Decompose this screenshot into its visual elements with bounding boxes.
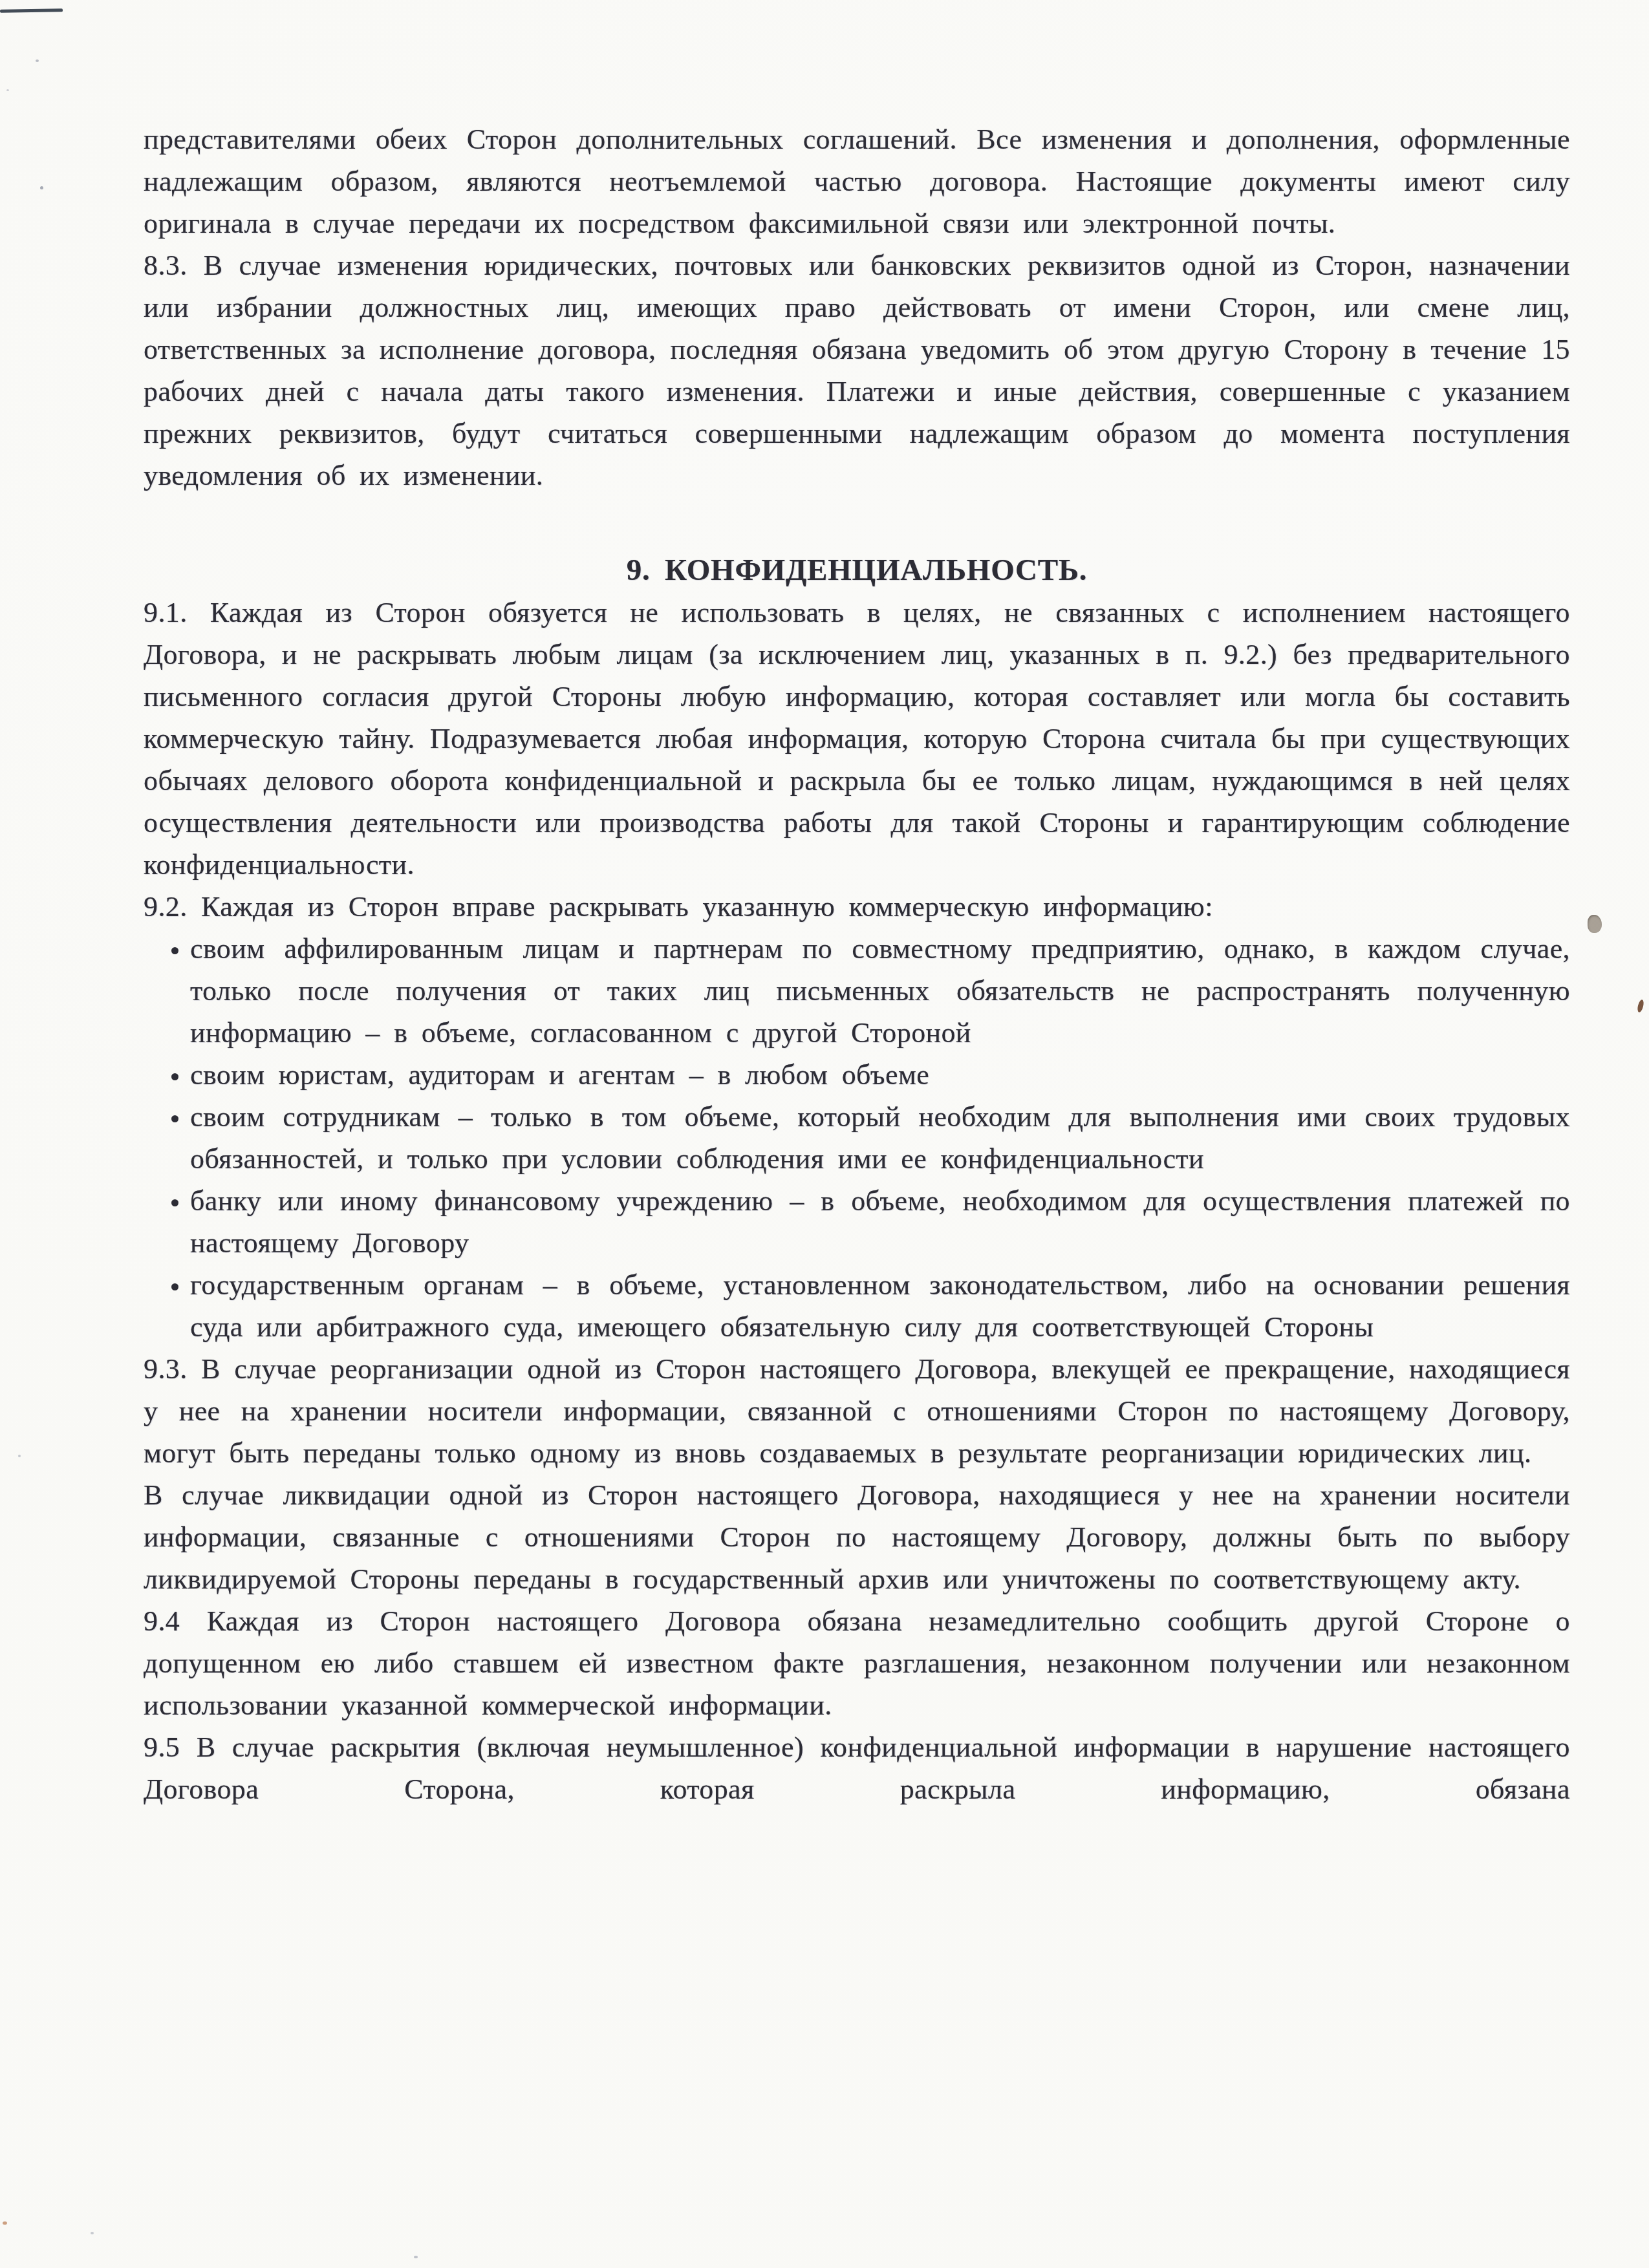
contract-paragraph: В случае ликвидации одной из Сторон наст… xyxy=(144,1474,1570,1600)
scan-artifact-blob xyxy=(1588,915,1602,933)
bullet-item: своим юристам, аудиторам и агентам – в л… xyxy=(190,1054,1570,1096)
contract-text-block: представителями обеих Сторон дополнитель… xyxy=(144,118,1570,1810)
scan-artifact-speck xyxy=(6,89,9,91)
contract-paragraph: 9.2. Каждая из Сторон вправе раскрывать … xyxy=(144,886,1570,928)
scan-artifact-line xyxy=(0,8,63,12)
bullet-item: государственным органам – в объеме, уста… xyxy=(190,1264,1570,1348)
scan-artifact-fleck xyxy=(1637,999,1645,1012)
scan-artifact-speck xyxy=(414,2256,418,2258)
scan-artifact-speck xyxy=(3,2221,7,2225)
scan-artifact-speck xyxy=(91,2232,94,2234)
contract-paragraph: 9.3. В случае реорганизации одной из Сто… xyxy=(144,1348,1570,1474)
section-heading: 9. КОНФИДЕНЦИАЛЬНОСТЬ. xyxy=(144,550,1570,592)
scanned-contract-page: представителями обеих Сторон дополнитель… xyxy=(0,0,1649,2268)
contract-paragraph: 8.3. В случае изменения юридических, поч… xyxy=(144,244,1570,497)
contract-paragraph: представителями обеих Сторон дополнитель… xyxy=(144,118,1570,244)
contract-paragraph: 9.1. Каждая из Сторон обязуется не испол… xyxy=(144,592,1570,886)
scan-artifact-speck xyxy=(18,1455,21,1457)
bullet-list: своим аффилированным лицам и партнерам п… xyxy=(144,928,1570,1348)
bullet-item: своим аффилированным лицам и партнерам п… xyxy=(190,928,1570,1054)
scan-artifact-speck xyxy=(40,186,43,189)
bullet-item: своим сотрудникам – только в том объеме,… xyxy=(190,1096,1570,1180)
contract-paragraph: 9.5 В случае раскрытия (включая неумышле… xyxy=(144,1726,1570,1810)
bullet-item: банку или иному финансовому учреждению –… xyxy=(190,1180,1570,1264)
scan-artifact-speck xyxy=(36,59,39,62)
contract-paragraph: 9.4 Каждая из Сторон настоящего Договора… xyxy=(144,1600,1570,1726)
